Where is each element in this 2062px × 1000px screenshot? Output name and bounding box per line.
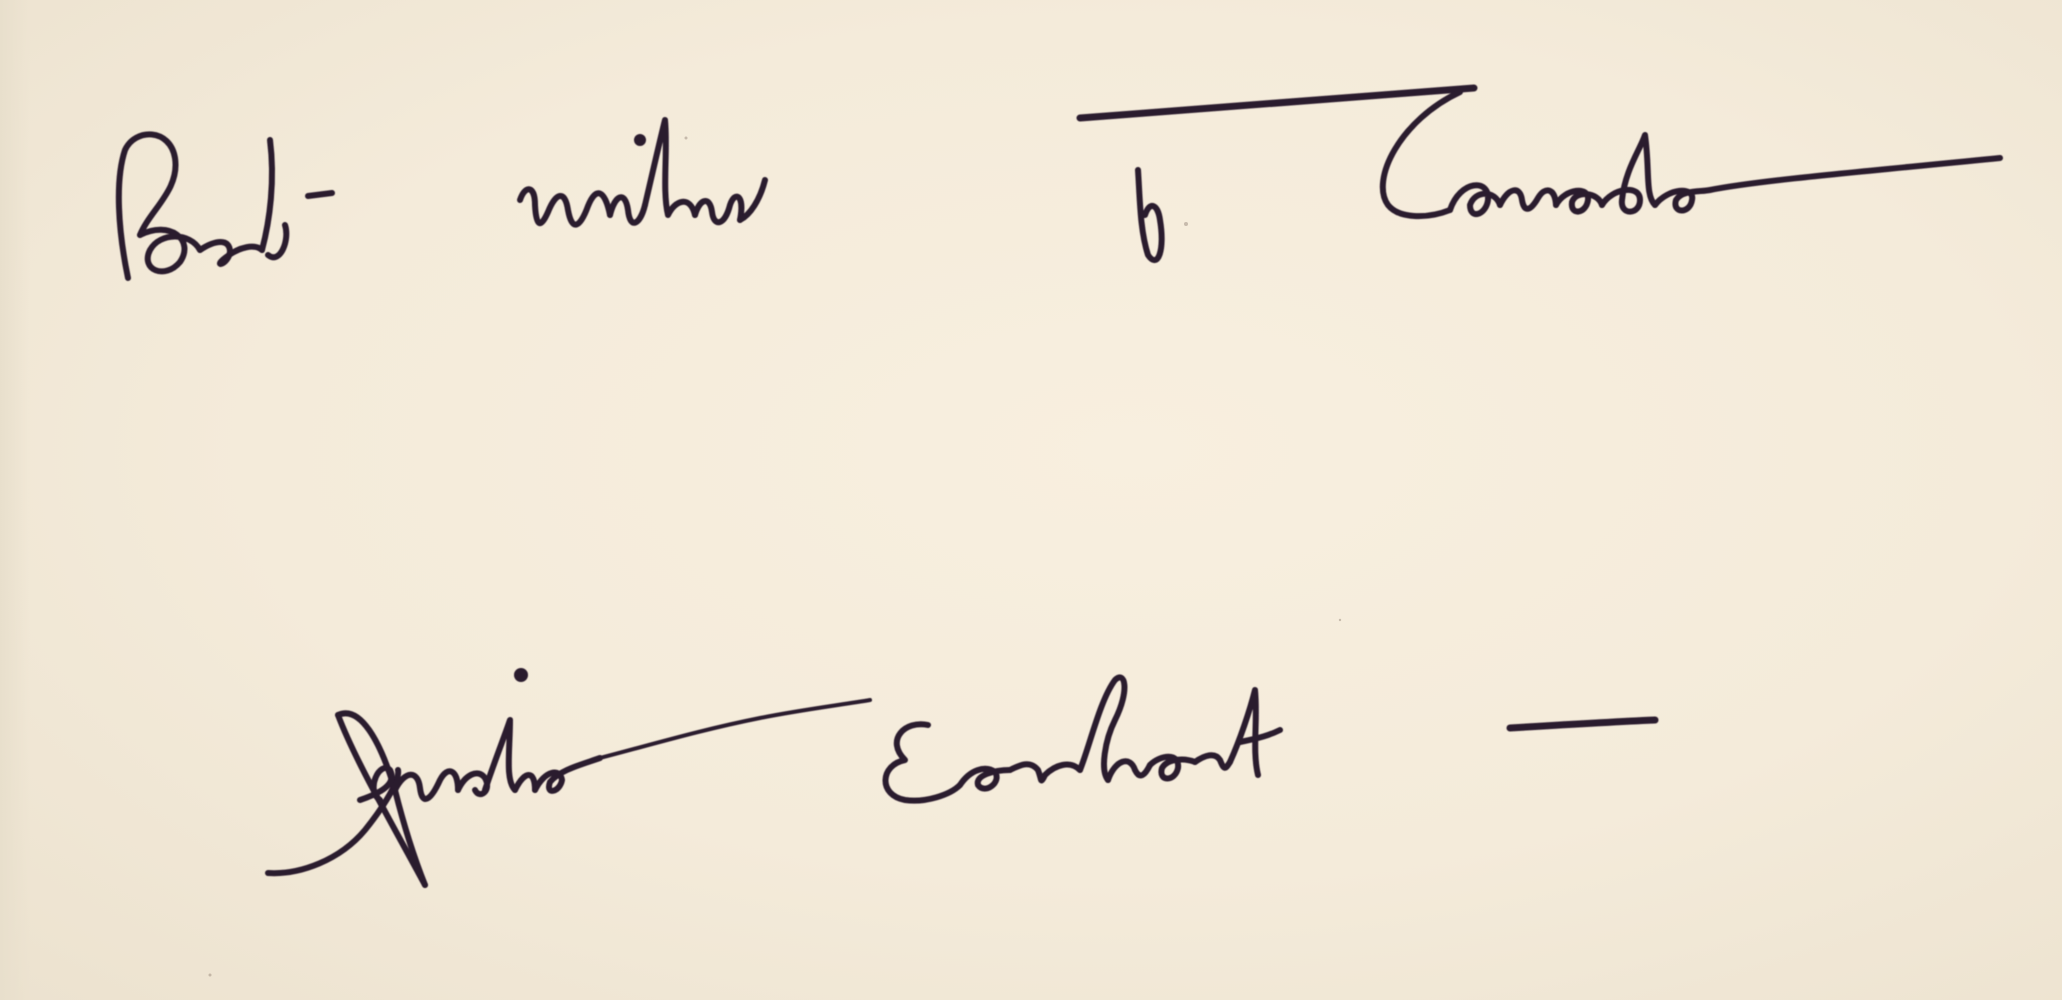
word-to bbox=[1080, 88, 1474, 260]
signature-last-name bbox=[885, 677, 1655, 800]
word-best bbox=[119, 134, 332, 278]
word-wishes bbox=[520, 120, 765, 225]
signature-first-name bbox=[268, 671, 870, 885]
paper-specks bbox=[209, 137, 1342, 977]
signature-line bbox=[268, 671, 1655, 885]
handwriting-ink bbox=[0, 0, 2062, 1000]
inscription-line bbox=[119, 88, 2000, 278]
word-canada bbox=[1383, 92, 2000, 216]
